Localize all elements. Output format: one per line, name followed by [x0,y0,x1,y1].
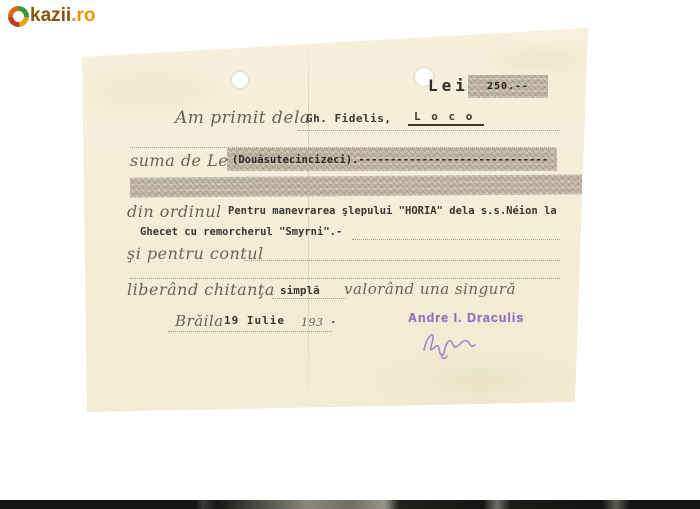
empty-guilloche-band [130,174,582,197]
dotted-line [130,277,560,279]
okazii-logo: kazii.ro [8,5,95,27]
dotted-line [168,330,332,332]
dotted-line [244,259,560,261]
amount-value: 250.-- [487,81,529,92]
paper-fold-line [308,34,309,406]
release-label-a: liberând chitanţa [127,280,275,299]
stamp-name: Andre I. Draculis [408,311,524,325]
year-suffix: . [330,313,337,326]
currency-label: Lei [428,76,469,95]
sum-label: suma de Lei [130,151,234,170]
dotted-line [352,238,560,240]
signature-scribble [418,328,498,362]
okazii-logo-name: kazii [30,5,71,27]
dotted-line [272,297,346,299]
payer-name: Gh. Fidelis, [306,112,391,125]
punch-hole [232,72,248,88]
amount-band: 250.-- [468,75,548,98]
payer-place: L o c o [408,110,484,126]
scanned-receipt-image: kazii.ro Lei 250.-- Am primit dela Gh. F… [0,0,700,509]
amount-words-band: (Douăsutecincizeci).--------------------… [227,148,557,171]
receipt-paper [0,0,700,509]
release-typed-word: simplă [280,284,320,297]
release-label-b: valorând una singură [344,280,516,298]
okazii-o-icon [8,6,29,27]
amount-words: (Douăsutecincizeci).--------------------… [227,154,548,166]
order-label: din ordinul [127,202,222,221]
year-printed: 193 [301,316,324,329]
scan-edge-strip [0,500,700,509]
order-text-line2: Ghecet cu remorcherul "Smyrni".- [140,226,342,238]
okazii-logo-tld: .ro [71,5,95,27]
order-text-line1: Pentru manevrarea şlepului "HORIA" dela … [228,205,557,217]
dotted-line [298,129,560,131]
city-label: Brăila [175,312,224,330]
date-typed: 19 Iulie [224,314,285,327]
received-from-label: Am primit dela [175,108,311,128]
